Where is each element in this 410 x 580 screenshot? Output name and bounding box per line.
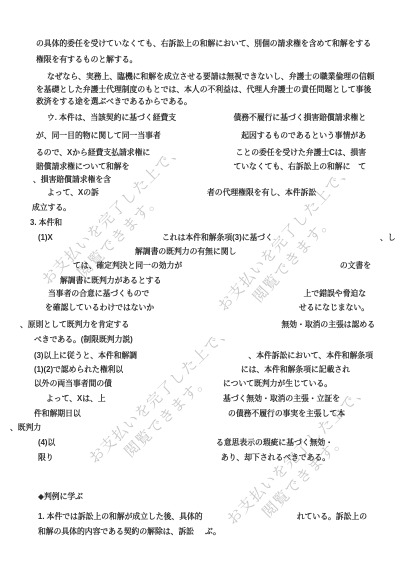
text-segment: が、同一目的物に関して同一当事者 bbox=[36, 130, 161, 142]
text-segment: を基礎とした弁護士代理制度のもとでは、本人の不利益は、代理人弁護士の責任問題とし… bbox=[36, 84, 371, 96]
text-line: るので、Xから経費支払請求権にことの委任を受けた弁護士Cは、損害 bbox=[0, 147, 410, 159]
text-line: 1. 本件では訴訟上の和解が成立した後、具体的れている。訴訟上の bbox=[0, 511, 410, 523]
text-segment: ウ. 本件は、当該契約に基づく経費支 bbox=[47, 112, 176, 124]
text-segment: べきである。(制限既判力説) bbox=[34, 334, 133, 346]
text-segment: 成立する。 bbox=[32, 202, 71, 214]
text-segment: の文書を bbox=[340, 260, 371, 272]
text-segment: 、本件訴訟において、本件和解条項 bbox=[248, 350, 373, 362]
text-line: 、既判力 bbox=[0, 422, 410, 434]
text-line: 成立する。 bbox=[0, 202, 410, 214]
text-segment: ことの委任を受けた弁護士Cは、損害 bbox=[236, 147, 366, 159]
text-line: が、同一目的物に関して同一当事者起因するものであるという事情があ bbox=[0, 130, 410, 142]
text-line: 解調書に既判力があるとする bbox=[0, 275, 410, 287]
text-segment: (4)以 bbox=[38, 437, 55, 449]
document-page: お支払いを完了した上で、閲覧できます。お支払いを完了した上で、閲覧できます。お支… bbox=[0, 0, 410, 580]
text-segment: 1. 本件では訴訟上の和解が成立した後、具体的 bbox=[38, 511, 203, 523]
document-text-layer: の具体的委任を受けていなくても、右訴訟上の和解において、別個の請求権を含めて和解… bbox=[0, 0, 410, 580]
text-line: (1)Xこれは本件和解条項(3)に基づく、し bbox=[0, 232, 410, 244]
text-line: (3)以上に従うと、本件和解調、本件訴訟において、本件和解条項 bbox=[0, 350, 410, 362]
text-segment: れている。訴訟上の bbox=[297, 511, 367, 523]
text-segment: 救済をする途を選ぶべきであるからである。 bbox=[36, 96, 192, 108]
text-line: べきである。(制限既判力説) bbox=[0, 334, 410, 346]
text-segment: 、原則として既判力を肯定する bbox=[20, 319, 129, 331]
text-segment: 基づく無効・取消の主張・立証を bbox=[223, 393, 340, 405]
text-line: ◆判例に学ぶ bbox=[0, 491, 410, 503]
text-line: 賠償請求権について和解をていなくても、右訴訟上の和解に て bbox=[0, 161, 410, 173]
text-segment: 和解の具体的内容である契約の解除は、訴訟 bbox=[38, 526, 194, 538]
text-segment: 件和解期日以 bbox=[34, 408, 81, 420]
text-segment: (1)X bbox=[38, 232, 53, 244]
text-segment: について既判力が生じている。 bbox=[223, 378, 332, 390]
text-line: 救済をする途を選ぶべきであるからである。 bbox=[0, 96, 410, 108]
text-segment: 、し bbox=[380, 232, 396, 244]
text-segment: なぜなら、実務上、臨機に和解を成立させる要請は無視できないし、弁護士の職業倫理の… bbox=[47, 71, 374, 83]
text-line: 3. 本件和 bbox=[0, 217, 410, 229]
text-segment: 権限を有するものと解する。 bbox=[36, 54, 137, 66]
text-segment: (1)(2)で認められた権利以 bbox=[34, 364, 123, 376]
text-segment: 解調書の既判力の有無に関し bbox=[135, 246, 236, 258]
text-segment: ていなくても、右訴訟上の和解に て bbox=[233, 161, 366, 173]
text-line: よって、Xの訴者の代理権限を有し、本件訴訟 bbox=[0, 187, 410, 199]
text-line: 以外の両当事者間の債について既判力が生じている。 bbox=[0, 378, 410, 390]
text-segment: の債務不履行の事実を主張して本 bbox=[228, 408, 345, 420]
text-line: 当事者の合意に基づくもので上で錯誤や脅迫な bbox=[0, 288, 410, 300]
text-segment: ◆判例に学ぶ bbox=[38, 491, 83, 503]
text-line: 、損害賠償請求権を含 bbox=[0, 174, 410, 186]
text-line: よって、Xは、上基づく無効・取消の主張・立証を bbox=[0, 393, 410, 405]
text-segment: の具体的委任を受けていなくても、右訴訟上の和解において、別個の請求権を含めて和解… bbox=[36, 38, 371, 50]
text-line: ウ. 本件は、当該契約に基づく経費支債務不履行に基づく損害賠償請求権と bbox=[0, 112, 410, 124]
text-line: (4)以る意思表示の瑕疵に基づく無効・ bbox=[0, 437, 410, 449]
text-segment: る意思表示の瑕疵に基づく無効・ bbox=[216, 437, 333, 449]
text-segment: 解調書に既判力があるとする bbox=[60, 275, 161, 287]
text-segment: るので、Xから経費支払請求権に bbox=[36, 147, 150, 159]
text-segment: 債務不履行に基づく損害賠償請求権と bbox=[233, 112, 366, 124]
text-segment: 、損害賠償請求権を含 bbox=[33, 174, 111, 186]
text-segment: よって、Xの訴 bbox=[47, 187, 99, 199]
text-segment: 起因するものであるという事情があ bbox=[241, 130, 366, 142]
text-line: 件和解期日以の債務不履行の事実を主張して本 bbox=[0, 408, 410, 420]
text-segment: 無効・取消の主張は認める bbox=[281, 319, 375, 331]
text-segment: 3. 本件和 bbox=[30, 217, 62, 229]
text-line: を基礎とした弁護士代理制度のもとでは、本人の不利益は、代理人弁護士の責任問題とし… bbox=[0, 84, 410, 96]
text-segment: ぶ。 bbox=[205, 526, 221, 538]
text-segment: 者の代理権限を有し、本件訴訟 bbox=[207, 187, 316, 199]
text-line: を確認しているわけではないかせるになじまない。 bbox=[0, 302, 410, 314]
text-segment: 当事者の合意に基づくもので bbox=[48, 288, 149, 300]
text-line: 和解の具体的内容である契約の解除は、訴訟ぶ。 bbox=[0, 526, 410, 538]
text-segment: ては、確定判決と同一の効力が bbox=[73, 260, 182, 272]
text-line: 、原則として既判力を肯定する無効・取消の主張は認める bbox=[0, 319, 410, 331]
text-segment: 賠償請求権について和解を bbox=[36, 161, 129, 173]
text-segment: には、本件和解条項に記載され bbox=[241, 364, 350, 376]
text-segment: これは本件和解条項(3)に基づく bbox=[162, 232, 273, 244]
text-segment: あり、却下されるべきである。 bbox=[221, 452, 330, 464]
text-segment: を確認しているわけではないか bbox=[45, 302, 154, 314]
text-line: 解調書の既判力の有無に関し bbox=[0, 246, 410, 258]
text-segment: 、既判力 bbox=[10, 422, 41, 434]
text-line: 限りあり、却下されるべきである。 bbox=[0, 452, 410, 464]
text-segment: 限り bbox=[38, 452, 54, 464]
text-segment: せるになじまない。 bbox=[299, 302, 369, 314]
text-line: (1)(2)で認められた権利以には、本件和解条項に記載され bbox=[0, 364, 410, 376]
text-line: 権限を有するものと解する。 bbox=[0, 54, 410, 66]
text-line: ては、確定判決と同一の効力がの文書を bbox=[0, 260, 410, 272]
text-segment: 以外の両当事者間の債 bbox=[34, 378, 112, 390]
text-line: なぜなら、実務上、臨機に和解を成立させる要請は無視できないし、弁護士の職業倫理の… bbox=[0, 71, 410, 83]
text-segment: よって、Xは、上 bbox=[46, 393, 106, 405]
text-segment: (3)以上に従うと、本件和解調 bbox=[34, 350, 137, 362]
text-line: の具体的委任を受けていなくても、右訴訟上の和解において、別個の請求権を含めて和解… bbox=[0, 38, 410, 50]
text-segment: 上で錯誤や脅迫な bbox=[304, 288, 366, 300]
